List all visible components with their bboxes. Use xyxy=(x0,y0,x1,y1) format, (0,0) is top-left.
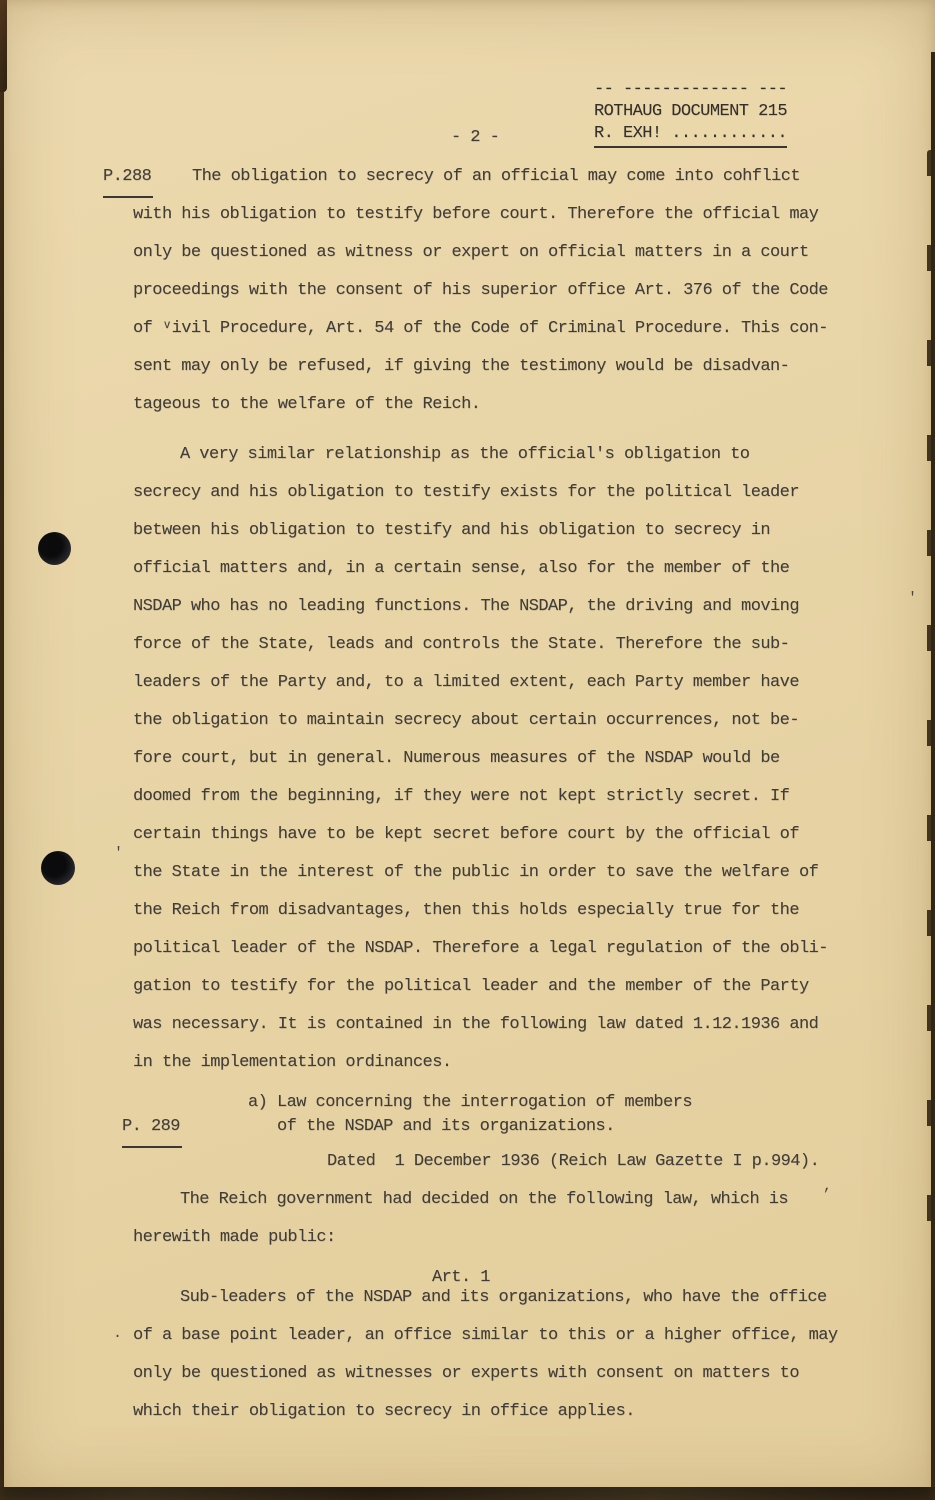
text-line: political leader of the NSDAP. Therefore… xyxy=(133,930,893,968)
text-line: Sub-leaders of the NSDAP and its organiz… xyxy=(133,1279,893,1317)
stray-ink-mark: ' xyxy=(114,845,123,862)
stray-ink-mark: · xyxy=(113,1328,122,1345)
stamp-exhibit-label: R. EXH! ............ xyxy=(594,123,787,148)
text-line: secrecy and his obligation to testify ex… xyxy=(133,474,893,512)
text-line: force of the State, leads and controls t… xyxy=(133,626,893,664)
stray-ink-mark: , xyxy=(823,1178,832,1195)
text-line: Dated 1 December 1936 (Reich Law Gazette… xyxy=(327,1143,893,1181)
paper-corner-shadow xyxy=(0,0,7,92)
page-number: - 2 - xyxy=(451,128,499,147)
line-text: secrecy and his obligation to testify ex… xyxy=(133,483,799,502)
text-line: which their obligation to secrecy in off… xyxy=(133,1393,893,1431)
text-line: P. 289of the NSDAP and its organizations… xyxy=(133,1108,893,1146)
line-text: Dated 1 December 1936 (Reich Law Gazette… xyxy=(327,1152,819,1171)
text-line: fore court, but in general. Numerous mea… xyxy=(133,740,893,778)
line-text: official matters and, in a certain sense… xyxy=(133,559,789,578)
line-text: only be questioned as witnesses or exper… xyxy=(133,1364,799,1383)
line-text: the Reich from disadvantages, then this … xyxy=(133,901,799,920)
text-line: P.288The obligation to secrecy of an off… xyxy=(133,158,893,196)
text-line: the State in the interest of the public … xyxy=(133,854,893,892)
line-text: political leader of the NSDAP. Therefore… xyxy=(133,939,828,958)
line-text: with his obligation to testify before co… xyxy=(133,205,818,224)
line-text: which their obligation to secrecy in off… xyxy=(133,1402,635,1421)
text-line: tageous to the welfare of the Reich. xyxy=(133,386,893,424)
line-text: tageous to the welfare of the Reich. xyxy=(133,395,480,414)
hole-punch-dot xyxy=(41,851,75,885)
line-text: NSDAP who has no leading functions. The … xyxy=(133,597,799,616)
text-line: the obligation to maintain secrecy about… xyxy=(133,702,893,740)
line-text: The Reich government had decided on the … xyxy=(180,1190,788,1209)
line-text: only be questioned as witness or expert … xyxy=(133,243,809,262)
text-line: doomed from the beginning, if they were … xyxy=(133,778,893,816)
stamp-document-label: ROTHAUG DOCUMENT 215 xyxy=(594,101,787,123)
text-line: between his obligation to testify and hi… xyxy=(133,512,893,550)
line-text: herewith made public: xyxy=(133,1228,336,1247)
line-text: was necessary. It is contained in the fo… xyxy=(133,1015,818,1034)
line-text: Sub-leaders of the NSDAP and its organiz… xyxy=(180,1288,827,1307)
text-line: only be questioned as witnesses or exper… xyxy=(133,1355,893,1393)
text-line: was necessary. It is contained in the fo… xyxy=(133,1006,893,1044)
line-text: doomed from the beginning, if they were … xyxy=(133,787,789,806)
page-ref-marker: P.288 xyxy=(103,158,153,198)
line-text: leaders of the Party and, to a limited e… xyxy=(133,673,799,692)
text-line: of a base point leader, an office simila… xyxy=(133,1317,893,1355)
line-text: certain things have to be kept secret be… xyxy=(133,825,799,844)
line-text: The obligation to secrecy of an official… xyxy=(133,167,800,186)
page-ref-marker: P. 289 xyxy=(122,1108,182,1148)
text-line: proceedings with the consent of his supe… xyxy=(133,272,893,310)
document-page: -- ------------- --- ROTHAUG DOCUMENT 21… xyxy=(0,0,935,1500)
text-line: herewith made public: xyxy=(133,1219,893,1257)
hole-punch-dot xyxy=(38,532,71,565)
text-line: the Reich from disadvantages, then this … xyxy=(133,892,893,930)
paper-left-edge xyxy=(0,0,4,1500)
line-text: sent may only be refused, if giving the … xyxy=(133,357,789,376)
text-line: of ᵛivil Procedure, Art. 54 of the Code … xyxy=(133,310,893,348)
text-line: with his obligation to testify before co… xyxy=(133,196,893,234)
text-line: only be questioned as witness or expert … xyxy=(133,234,893,272)
line-text: between his obligation to testify and hi… xyxy=(133,521,770,540)
line-text: fore court, but in general. Numerous mea… xyxy=(133,749,780,768)
body-text: P.288The obligation to secrecy of an off… xyxy=(133,158,893,1431)
text-line: A very similar relationship as the offic… xyxy=(133,436,893,474)
line-text: force of the State, leads and controls t… xyxy=(133,635,789,654)
line-text: of the NSDAP and its organizations. xyxy=(133,1117,615,1136)
paper-bottom-edge xyxy=(0,1487,935,1500)
text-line: NSDAP who has no leading functions. The … xyxy=(133,588,893,626)
line-text: proceedings with the consent of his supe… xyxy=(133,281,828,300)
text-line: in the implementation ordinances. xyxy=(133,1044,893,1082)
text-line: The Reich government had decided on the … xyxy=(133,1181,893,1219)
text-line: sent may only be refused, if giving the … xyxy=(133,348,893,386)
line-text: the State in the interest of the public … xyxy=(133,863,818,882)
document-stamp: -- ------------- --- ROTHAUG DOCUMENT 21… xyxy=(594,79,787,148)
line-text: the obligation to maintain secrecy about… xyxy=(133,711,799,730)
text-line: leaders of the Party and, to a limited e… xyxy=(133,664,893,702)
text-line: certain things have to be kept secret be… xyxy=(133,816,893,854)
line-text: in the implementation ordinances. xyxy=(133,1053,452,1072)
line-text: of ᵛivil Procedure, Art. 54 of the Code … xyxy=(133,319,828,338)
line-text: gation to testify for the political lead… xyxy=(133,977,809,996)
line-text: of a base point leader, an office simila… xyxy=(133,1326,838,1345)
text-line: official matters and, in a certain sense… xyxy=(133,550,893,588)
paper-right-edge xyxy=(931,52,935,1487)
stray-ink-mark: ' xyxy=(908,590,917,607)
line-text: A very similar relationship as the offic… xyxy=(180,445,749,464)
text-line: gation to testify for the political lead… xyxy=(133,968,893,1006)
stamp-dash-line: -- ------------- --- xyxy=(594,79,787,101)
